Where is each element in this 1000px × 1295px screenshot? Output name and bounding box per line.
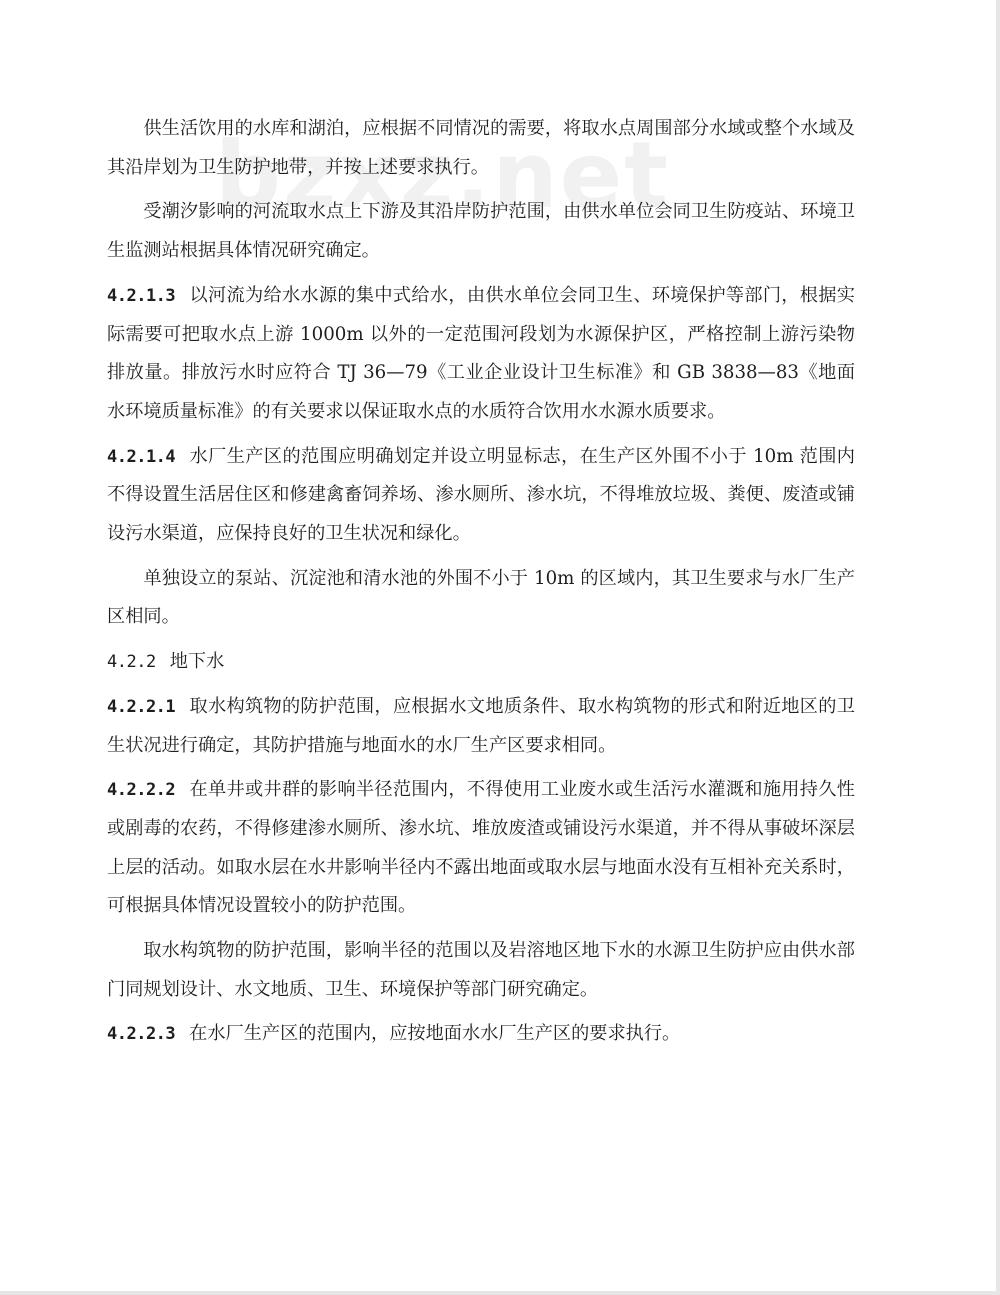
clause-text: 在水厂生产区的范围内，应按地面水水厂生产区的要求执行。 bbox=[189, 1023, 680, 1044]
clause-text: 水厂生产区的范围应明确划定并设立明显标志，在生产区外围不小于 10m 范围内不得… bbox=[107, 446, 855, 544]
clause-text: 取水构筑物的防护范围，应根据水文地质条件、取水构筑物的形式和附近地区的卫生状况进… bbox=[107, 696, 855, 756]
paragraph-karst-groundwater: 取水构筑物的防护范围，影响半径的范围以及岩溶地区地下水的水源卫生防护应由供水部门… bbox=[107, 932, 855, 1009]
clause-4-2-2-2: 4.2.2.2在单井或井群的影响半径范围内，不得使用工业废水或生活污水灌溉和施用… bbox=[107, 771, 855, 926]
clause-number: 4.2.1.4 bbox=[107, 447, 175, 467]
section-number: 4.2.2 bbox=[107, 652, 156, 672]
clause-4-2-1-4: 4.2.1.4水厂生产区的范围应明确划定并设立明显标志，在生产区外围不小于 10… bbox=[107, 438, 855, 554]
paragraph-text: 受潮汐影响的河流取水点上下游及其沿岸防护范围，由供水单位会同卫生防疫站、环境卫生… bbox=[107, 201, 855, 261]
document-page: bzxz.net 供生活饮用的水库和湖泊，应根据不同情况的需要，将取水点周围部分… bbox=[0, 0, 1000, 1295]
paragraph-text: 单独设立的泵站、沉淀池和清水池的外围不小于 10m 的区域内，其卫生要求与水厂生… bbox=[107, 568, 855, 628]
clause-text: 在单井或井群的影响半径范围内，不得使用工业废水或生活污水灌溉和施用持久性或剧毒的… bbox=[107, 779, 855, 916]
clause-number: 4.2.2.1 bbox=[107, 697, 175, 717]
paragraph-text: 供生活饮用的水库和湖泊，应根据不同情况的需要，将取水点周围部分水域或整个水域及其… bbox=[107, 118, 855, 178]
paragraph-tidal-rivers: 受潮汐影响的河流取水点上下游及其沿岸防护范围，由供水单位会同卫生防疫站、环境卫生… bbox=[107, 193, 855, 270]
clause-number: 4.2.1.3 bbox=[107, 286, 175, 306]
clause-number: 4.2.2.3 bbox=[107, 1024, 175, 1044]
paragraph-pump-stations: 单独设立的泵站、沉淀池和清水池的外围不小于 10m 的区域内，其卫生要求与水厂生… bbox=[107, 560, 855, 637]
document-body: 供生活饮用的水库和湖泊，应根据不同情况的需要，将取水点周围部分水域或整个水域及其… bbox=[107, 110, 855, 1060]
section-title: 地下水 bbox=[170, 651, 225, 672]
clause-number: 4.2.2.2 bbox=[107, 780, 175, 800]
clause-text: 以河流为给水水源的集中式给水，由供水单位会同卫生、环境保护等部门，根据实际需要可… bbox=[107, 285, 855, 422]
clause-4-2-1-3: 4.2.1.3以河流为给水水源的集中式给水，由供水单位会同卫生、环境保护等部门，… bbox=[107, 277, 855, 432]
clause-4-2-2-3: 4.2.2.3在水厂生产区的范围内，应按地面水水厂生产区的要求执行。 bbox=[107, 1015, 855, 1054]
section-heading-4-2-2: 4.2.2地下水 bbox=[107, 643, 855, 682]
paragraph-reservoir-lakes: 供生活饮用的水库和湖泊，应根据不同情况的需要，将取水点周围部分水域或整个水域及其… bbox=[107, 110, 855, 187]
clause-4-2-2-1: 4.2.2.1取水构筑物的防护范围，应根据水文地质条件、取水构筑物的形式和附近地… bbox=[107, 688, 855, 765]
paragraph-text: 取水构筑物的防护范围，影响半径的范围以及岩溶地区地下水的水源卫生防护应由供水部门… bbox=[107, 940, 855, 1000]
